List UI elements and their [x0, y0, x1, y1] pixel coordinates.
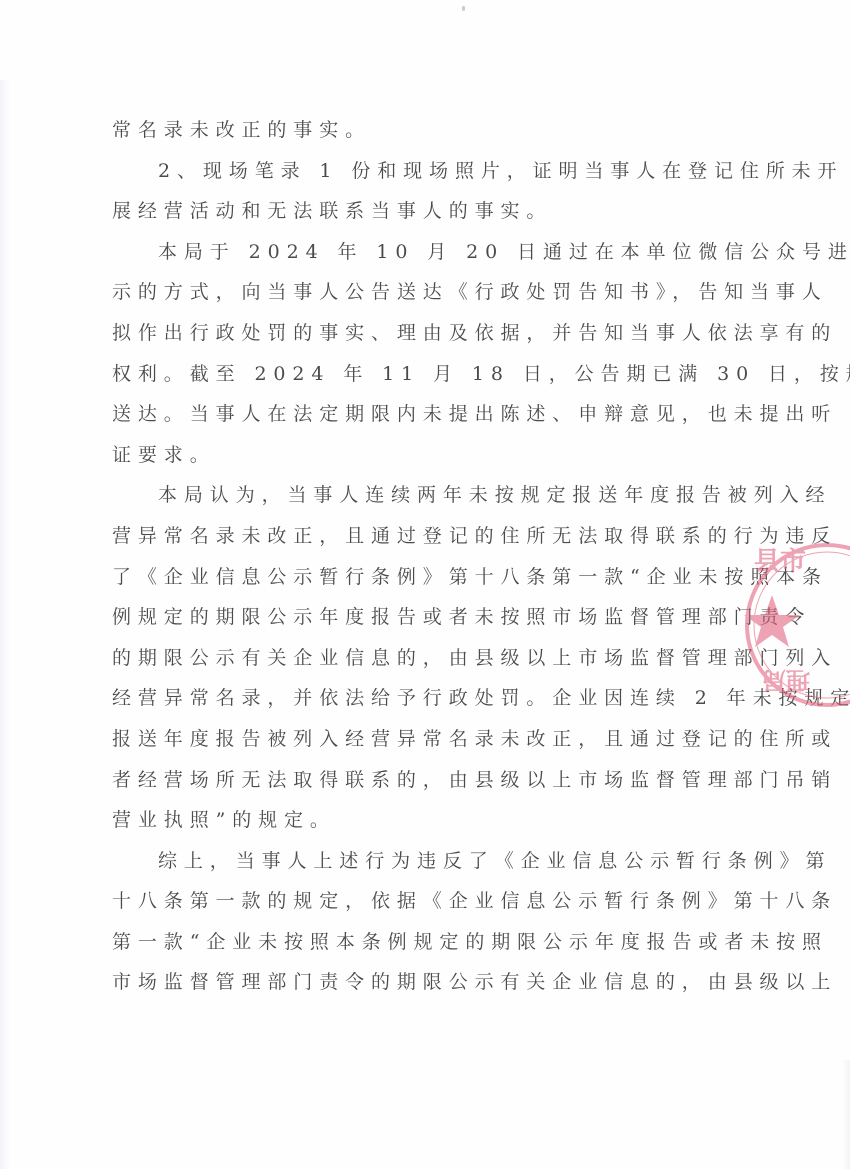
text-line: 示的方式，向当事人公告送达《行政处罚告知书》，告知当事人 — [112, 272, 690, 313]
text-line: 营异常名录未改正，且通过登记的住所无法取得联系的行为违反 — [112, 516, 690, 557]
document-page: 常名录未改正的事实。 2、现场笔录 1 份和现场照片，证明当事人在登记住所未开 … — [0, 0, 850, 1169]
text-line: 报送年度报告被列入经营异常名录未改正，且通过登记的住所或 — [112, 719, 690, 760]
star-icon — [744, 595, 800, 647]
text-line: 展经营活动和无法联系当事人的事实。 — [112, 191, 690, 232]
text-line: 拟作出行政处罚的事实、理由及依据，并告知当事人依法享有的 — [112, 313, 690, 354]
seal-top-text: 县市 — [754, 547, 806, 577]
scan-edge-shadow — [842, 1060, 850, 1169]
text-line: 例规定的期限公示年度报告或者未按照市场监督管理部门责令 — [112, 597, 690, 638]
text-line: 本局认为，当事人连续两年未按规定报送年度报告被列入经 — [112, 475, 690, 516]
text-line: 2、现场笔录 1 份和现场照片，证明当事人在登记住所未开 — [112, 151, 690, 192]
text-line: 综上，当事人上述行为违反了《企业信息公示暂行条例》第 — [112, 841, 690, 882]
seal-bottom-text: 理局 — [762, 666, 810, 694]
text-line: 本局于 2024 年 10 月 20 日通过在本单位微信公众号进行公 — [112, 232, 690, 273]
text-line: 的期限公示有关企业信息的，由县级以上市场监督管理部门列入 — [112, 638, 690, 679]
text-line: 者经营场所无法取得联系的，由县级以上市场监督管理部门吊销 — [112, 760, 690, 801]
text-line: 第一款“企业未按照本条例规定的期限公示年度报告或者未按照 — [112, 922, 690, 963]
text-line: 常名录未改正的事实。 — [112, 110, 690, 151]
scan-edge-shadow — [0, 80, 10, 1169]
official-seal: 县市 理局 — [742, 540, 850, 710]
text-line: 了《企业信息公示暂行条例》第十八条第一款“企业未按照本条 — [112, 557, 690, 598]
text-line: 证要求。 — [112, 435, 690, 476]
text-line: 送达。当事人在法定期限内未提出陈述、申辩意见，也未提出听 — [112, 394, 690, 435]
text-line: 经营异常名录，并依法给予行政处罚。企业因连续 2 年未按规定 — [112, 678, 690, 719]
text-line: 营业执照”的规定。 — [112, 800, 690, 841]
document-body: 常名录未改正的事实。 2、现场笔录 1 份和现场照片，证明当事人在登记住所未开 … — [112, 110, 690, 1003]
text-line: 市场监督管理部门责令的期限公示有关企业信息的，由县级以上 — [112, 962, 690, 1003]
scan-speck — [462, 6, 465, 11]
text-line: 权利。截至 2024 年 11 月 18 日，公告期已满 30 日，按规定视为 — [112, 354, 690, 395]
text-line: 十八条第一款的规定，依据《企业信息公示暂行条例》第十八条 — [112, 881, 690, 922]
